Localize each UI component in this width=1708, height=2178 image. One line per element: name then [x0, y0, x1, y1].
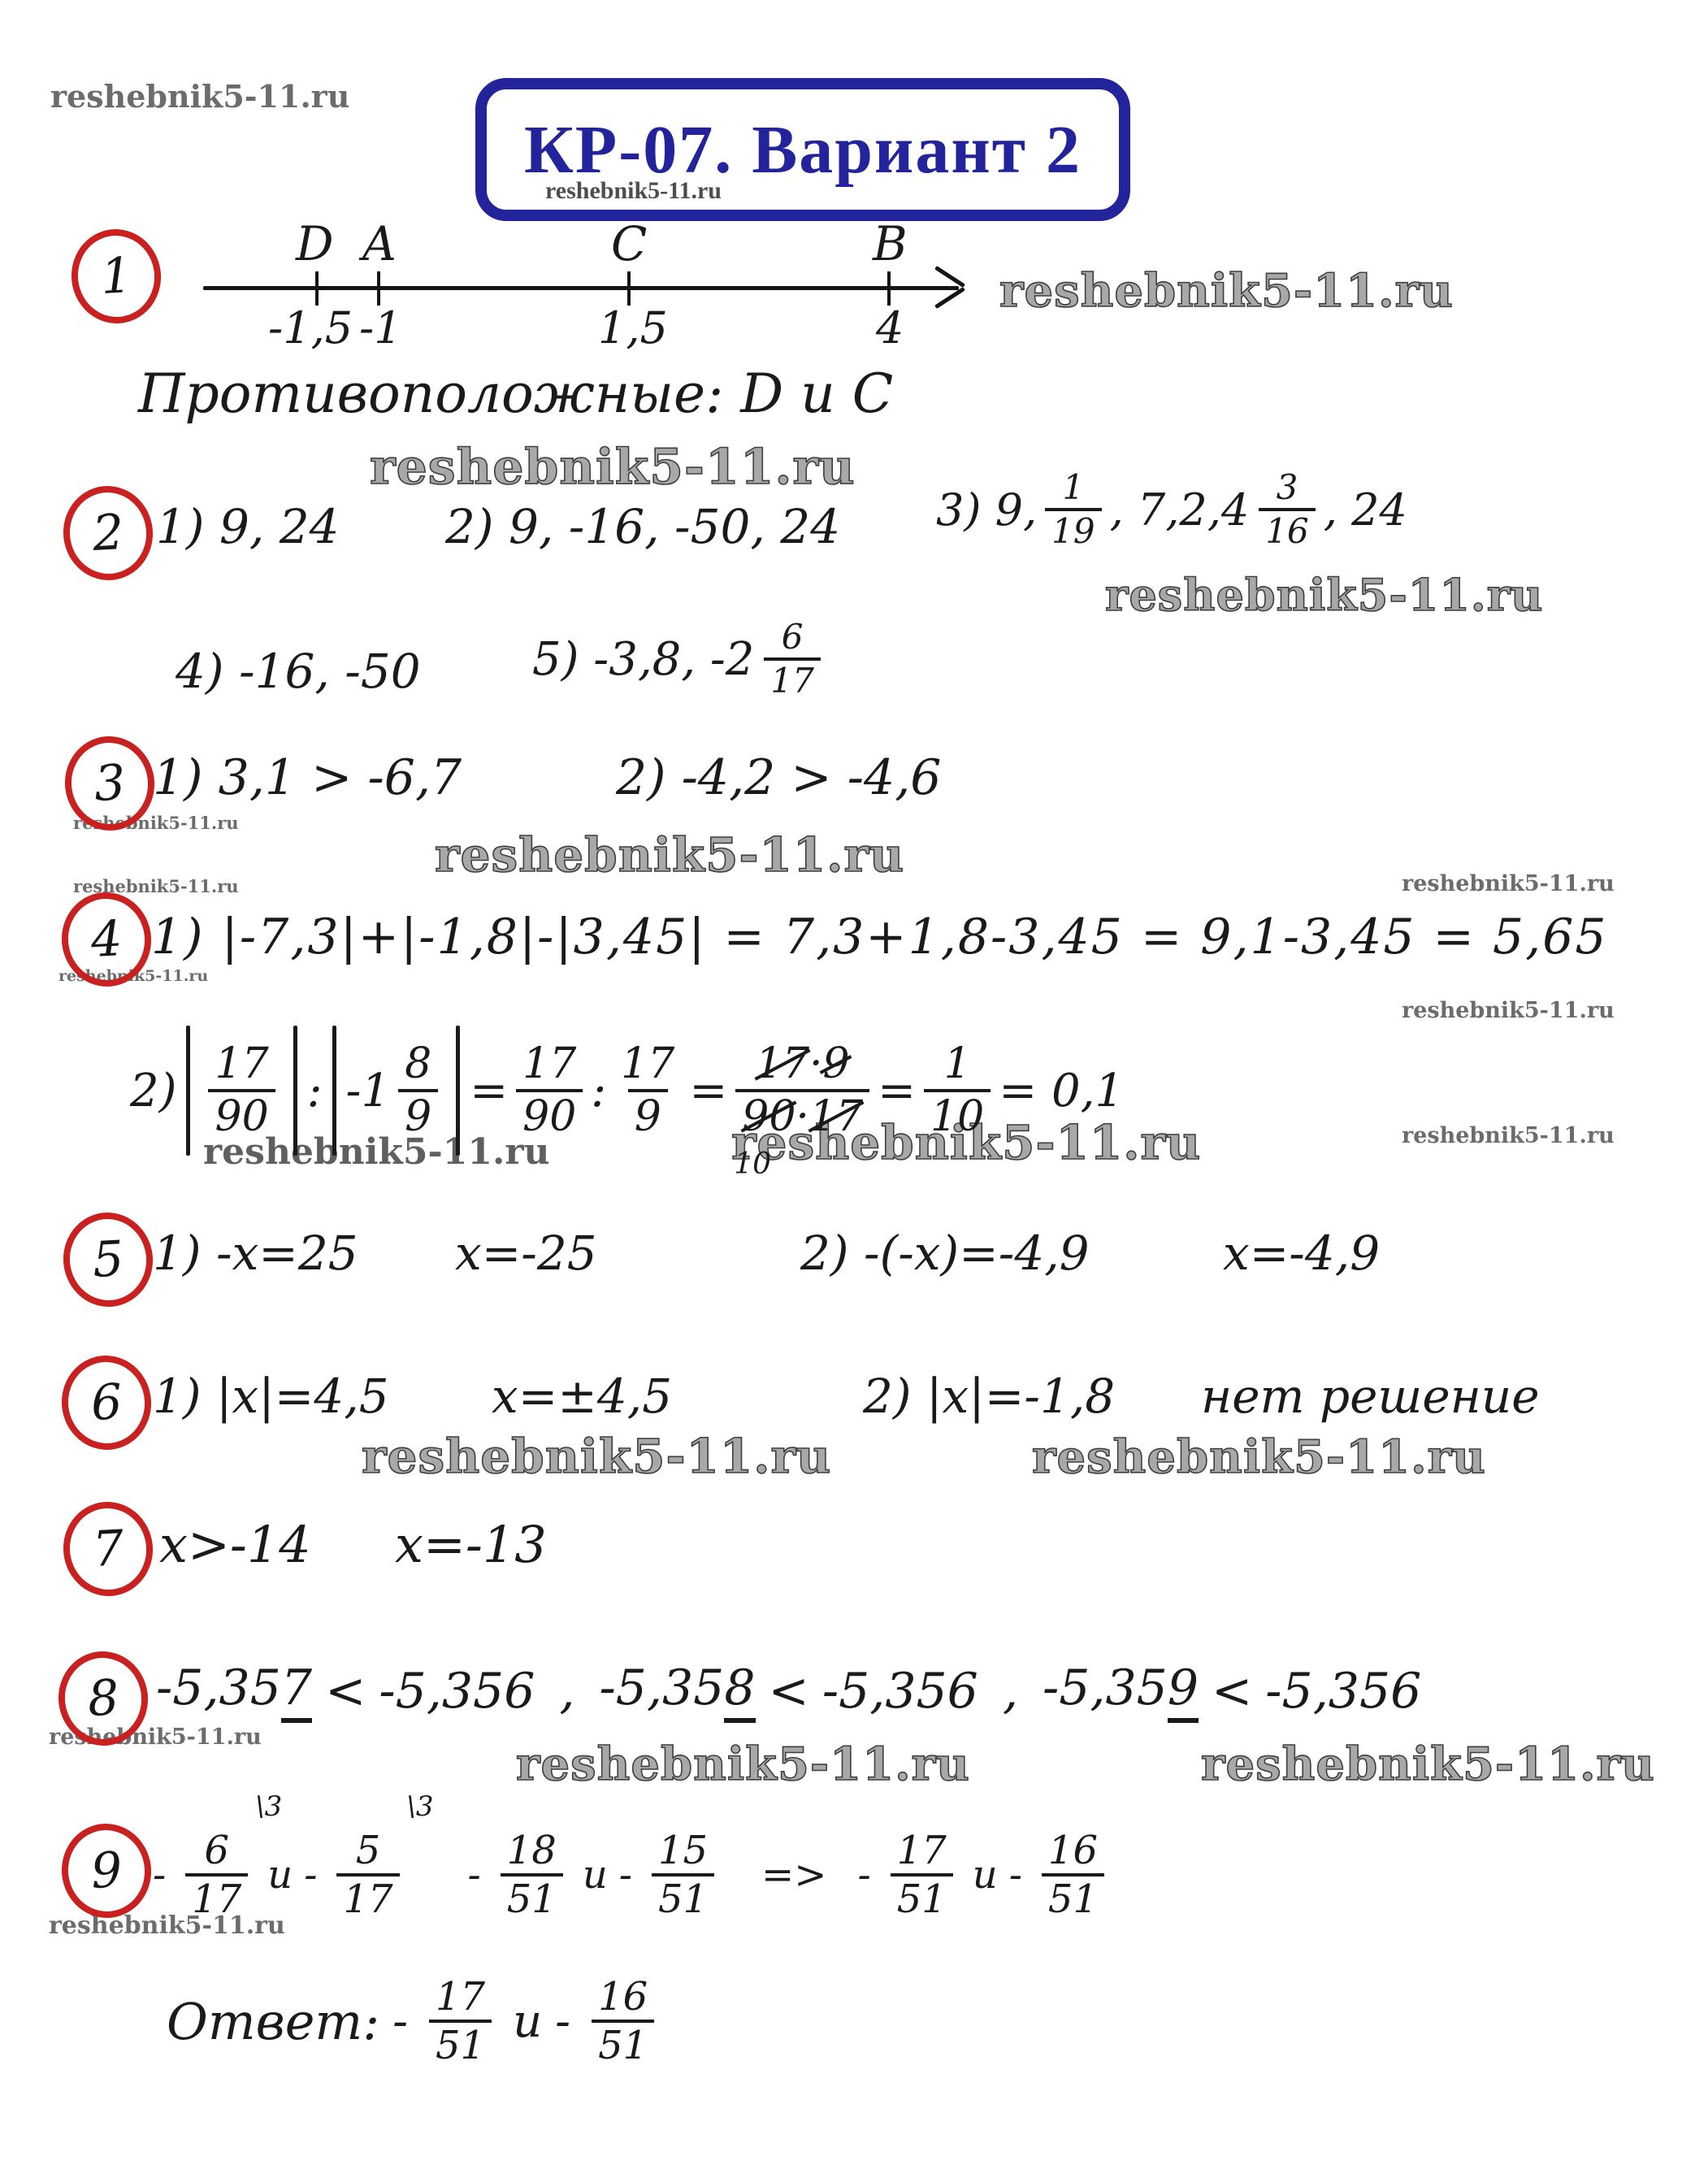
denominator: 10: [924, 1089, 991, 1139]
digits: -5,35: [1043, 1660, 1168, 1723]
numerator: 17·9: [749, 1042, 856, 1089]
numerator: 16: [592, 1976, 654, 2020]
denominator: 51: [429, 2020, 492, 2066]
p3-number: 3: [93, 754, 127, 813]
abs-bar: [456, 1026, 460, 1156]
fraction-17-51: 17 51: [891, 1830, 953, 1920]
watermark: reshebnik5-11.ru: [1402, 871, 1615, 896]
numerator: 17: [208, 1042, 275, 1089]
less-than-sign: <: [1212, 1663, 1252, 1720]
numerator: 17: [516, 1042, 583, 1089]
p7-circle: 7: [58, 1497, 158, 1602]
fraction-17-9: 17 9: [614, 1042, 681, 1139]
point-value-C: 1,5: [598, 302, 668, 354]
fraction-16-51: 16 51: [592, 1976, 654, 2067]
fraction-3-16: 3 16: [1259, 470, 1315, 549]
minus-sign: -: [304, 1852, 317, 1898]
numerator: 1: [1056, 470, 1090, 508]
tick-C: [627, 271, 631, 306]
minus-sign: -: [1009, 1852, 1022, 1898]
p9-answer: Ответ: - 17 51 и - 16 51: [167, 1976, 662, 2067]
fraction-17-90: 17 90: [208, 1042, 275, 1139]
p4-line-2: 2) 17 90 : -1 8 9 = 17 90 : 17 9 = 17·9: [130, 1026, 1124, 1156]
p9-circle: 9: [56, 1819, 156, 1924]
p2-number: 2: [91, 504, 125, 562]
fraction-1-19: 1 19: [1045, 470, 1101, 549]
and-word: и: [513, 1995, 542, 2048]
minus-sign: -: [392, 1995, 408, 2048]
numerator: 5: [349, 1830, 388, 1873]
denominator: 19: [1045, 508, 1101, 549]
denominator: 17: [764, 657, 820, 699]
point-value-D: -1,5: [268, 302, 353, 354]
digits: -5,35: [156, 1660, 281, 1723]
cancelled-17: 17: [809, 1095, 863, 1139]
p2-circle: 2: [58, 481, 158, 586]
comma-separator: ,: [559, 1663, 574, 1720]
p5-number: 5: [91, 1230, 125, 1289]
p2-item-2: 2) 9, -16, -50, 24: [445, 499, 840, 554]
point-name-B: B: [873, 216, 908, 271]
p2-item-5: 5) -3,8, - 2 6 17: [532, 619, 829, 699]
numerator: 18: [501, 1830, 563, 1873]
p2-item-3-text: , 7,2,: [1110, 484, 1221, 536]
minus-sign: -: [857, 1852, 870, 1898]
big-cancel-fraction: 17·9 90·17 10: [735, 1042, 869, 1139]
numerator: 17: [614, 1042, 681, 1089]
point-name-C: C: [611, 216, 647, 271]
p6-no-solution-note: нет решение: [1201, 1369, 1540, 1424]
fraction-1-10: 1 10: [924, 1042, 991, 1139]
fraction-6-17: 6 17 \3: [185, 1830, 248, 1920]
numerator: 17: [429, 1976, 492, 2020]
numerator: 6: [197, 1830, 236, 1873]
mixed-number-4-3-16: 4 3 16: [1221, 470, 1324, 549]
numerator: 6: [775, 619, 810, 657]
point-value-B: 4: [876, 302, 904, 354]
numerator: 3: [1270, 470, 1305, 508]
denominator: 9: [398, 1089, 438, 1139]
p6-number: 6: [89, 1373, 124, 1432]
tick-A: [377, 271, 380, 306]
p5-item-2: 2) -(-x)=-4,9: [800, 1226, 1090, 1281]
numerator: 1: [938, 1042, 978, 1089]
p2-item-5-text: 5) -3,8, -: [532, 633, 726, 686]
underlined-digit: 9: [1168, 1660, 1199, 1723]
equals-sign: =: [470, 1065, 508, 1117]
abs-bar: [293, 1026, 297, 1156]
p2-item-3-text: , 24: [1324, 484, 1407, 536]
less-than-sign: <: [769, 1663, 809, 1720]
watermark: reshebnik5-11.ru: [362, 1429, 831, 1484]
p7-number: 7: [91, 1520, 125, 1578]
p3-item-1: 1) 3,1 > -6,7: [153, 749, 462, 806]
p5-circle: 5: [58, 1208, 158, 1312]
denominator: 51: [592, 2020, 654, 2066]
comparison-3: -5,359 < -5,356: [1043, 1660, 1421, 1723]
p4-number: 4: [89, 910, 124, 969]
fraction-5-17: 5 17 \3: [336, 1830, 399, 1920]
p6-item-1-answer: x=±4,5: [492, 1369, 672, 1424]
number-line-arrowhead: [934, 266, 965, 288]
watermark: reshebnik5-11.ru: [50, 78, 349, 115]
extra-multiplier: \3: [255, 1793, 282, 1822]
fraction-17-90: 17 90: [516, 1042, 583, 1139]
p3-item-2: 2) -4,2 > -4,6: [616, 749, 941, 806]
division-sign: :: [591, 1065, 606, 1117]
whole-part: 2: [726, 633, 755, 686]
watermark: reshebnik5-11.ru: [370, 439, 856, 496]
minus-sign: -: [555, 1995, 570, 2048]
division-sign: :: [307, 1065, 323, 1117]
p6-item-1: 1) |x|=4,5: [153, 1369, 389, 1424]
numerator: 17: [891, 1830, 953, 1873]
comma-separator: ,: [1003, 1663, 1018, 1720]
numerator: 15: [652, 1830, 714, 1873]
p5-item-1-answer: x=-25: [455, 1226, 597, 1281]
fraction-16-51: 16 51: [1042, 1830, 1104, 1920]
and-word: и: [583, 1852, 608, 1898]
p2-item-3-text: 3) 9,: [936, 484, 1037, 536]
minus-sign: -: [153, 1852, 166, 1898]
fraction-15-51: 15 51: [652, 1830, 714, 1920]
denominator: 16: [1259, 508, 1315, 549]
right-number: -5,356: [822, 1663, 978, 1720]
p1-circle: 1: [66, 224, 166, 329]
watermark: reshebnik5-11.ru: [1032, 1430, 1486, 1484]
p7-inequality: x>-14: [159, 1515, 311, 1574]
p2-item-3: 3) 9, 1 19 , 7,2, 4 3 16 , 24: [936, 470, 1407, 549]
p1-note: Противоположные: D и C: [138, 362, 893, 425]
abs-bar: [332, 1026, 336, 1156]
denominator: 90: [516, 1089, 583, 1139]
comparison-1: -5,357 < -5,356: [156, 1660, 535, 1723]
extra-multiplier: \3: [406, 1793, 433, 1822]
left-number: -5,357: [156, 1660, 312, 1723]
watermark: reshebnik5-11.ru: [1402, 998, 1615, 1023]
cancelled-90: 90: [742, 1095, 795, 1139]
denominator: 51: [1042, 1873, 1104, 1920]
fraction-17-51: 17 51: [429, 1976, 492, 2067]
p4-result: = 0,1: [999, 1065, 1124, 1117]
equals-sign: =: [878, 1065, 916, 1117]
p4-line-1: 1) |-7,3|+|-1,8|-|3,45| = 7,3+1,8-3,45 =…: [151, 909, 1608, 965]
watermark: reshebnik5-11.ru: [1105, 569, 1543, 621]
comparison-2: -5,358 < -5,356: [599, 1660, 978, 1723]
p5-item-2-answer: x=-4,9: [1223, 1226, 1380, 1281]
p7-answer: x=-13: [395, 1515, 547, 1574]
mixed-number-2-6-17: 2 6 17: [726, 619, 829, 699]
abs-bar: [186, 1026, 190, 1156]
denominator: 9: [628, 1089, 668, 1139]
and-word: и: [973, 1852, 998, 1898]
underlined-digit: 8: [724, 1660, 755, 1723]
p8-comparisons: -5,357 < -5,356 , -5,358 < -5,356 , -5,3…: [156, 1660, 1421, 1723]
point-value-A: -1: [359, 302, 402, 354]
watermark: reshebnik5-11.ru: [1201, 1738, 1655, 1791]
fraction-18-51: 18 51: [501, 1830, 563, 1920]
denominator: 90·17: [735, 1089, 869, 1139]
underlined-digit: 7: [281, 1660, 312, 1723]
cancelled-17: 17: [756, 1042, 809, 1087]
denominator: 51: [501, 1873, 563, 1920]
p4-line-2-label: 2): [130, 1065, 176, 1117]
p2-item-4: 4) -16, -50: [176, 644, 421, 699]
implies-arrow: =>: [761, 1852, 826, 1898]
cancelled-9: 9: [822, 1042, 849, 1087]
cancel-result-10: 10: [734, 1149, 771, 1180]
watermark: reshebnik5-11.ru: [516, 1738, 970, 1791]
p6-item-2: 2) |x|=-1,8: [863, 1369, 1115, 1424]
numerator: 8: [398, 1042, 438, 1089]
and-word: и: [267, 1852, 293, 1898]
left-number: -5,358: [599, 1660, 755, 1723]
answer-label: Ответ:: [167, 1992, 379, 2051]
digits: -5,35: [599, 1660, 724, 1723]
point-name-A: A: [362, 216, 397, 271]
numerator: 16: [1042, 1830, 1104, 1873]
denominator: 51: [891, 1873, 953, 1920]
equals-sign: =: [689, 1065, 727, 1117]
title-box: КР-07. Вариант 2 reshebnik5-11.ru: [475, 78, 1130, 221]
p2-item-1: 1) 9, 24: [156, 499, 340, 554]
watermark: reshebnik5-11.ru: [435, 827, 904, 883]
watermark: reshebnik5-11.ru: [545, 177, 722, 205]
tick-B: [887, 271, 891, 306]
minus-one: -1: [346, 1065, 391, 1117]
denominator: 90: [208, 1089, 275, 1139]
denominator: 17: [185, 1873, 248, 1920]
page: reshebnik5-11.ru reshebnik5-11.ru resheb…: [0, 0, 1708, 2178]
p8-number: 8: [86, 1669, 120, 1728]
multiply-dot: ·: [795, 1095, 809, 1139]
fraction-8-9: 8 9: [398, 1042, 438, 1139]
denominator: 17: [336, 1873, 399, 1920]
tick-D: [315, 271, 319, 306]
p1-number: 1: [99, 247, 133, 306]
minus-sign: -: [619, 1852, 632, 1898]
minus-sign: -: [468, 1852, 481, 1898]
number-line-arrowhead: [934, 287, 965, 309]
p9-number: 9: [89, 1842, 124, 1900]
p9-work: - 6 17 \3 и - 5 17 \3 - 18 51 и - 15 51 …: [153, 1830, 1112, 1920]
whole-part: 4: [1221, 484, 1249, 536]
right-number: -5,356: [1265, 1663, 1421, 1720]
p6-circle: 6: [56, 1351, 156, 1456]
left-number: -5,359: [1043, 1660, 1199, 1723]
right-number: -5,356: [379, 1663, 535, 1720]
denominator: 51: [652, 1873, 714, 1920]
fraction-6-17: 6 17: [764, 619, 820, 699]
watermark: reshebnik5-11.ru: [999, 264, 1454, 318]
less-than-sign: <: [325, 1663, 366, 1720]
p5-item-1: 1) -x=25: [153, 1226, 358, 1281]
multiply-dot: ·: [809, 1039, 823, 1088]
point-name-D: D: [296, 216, 334, 271]
watermark: reshebnik5-11.ru: [1402, 1123, 1615, 1148]
